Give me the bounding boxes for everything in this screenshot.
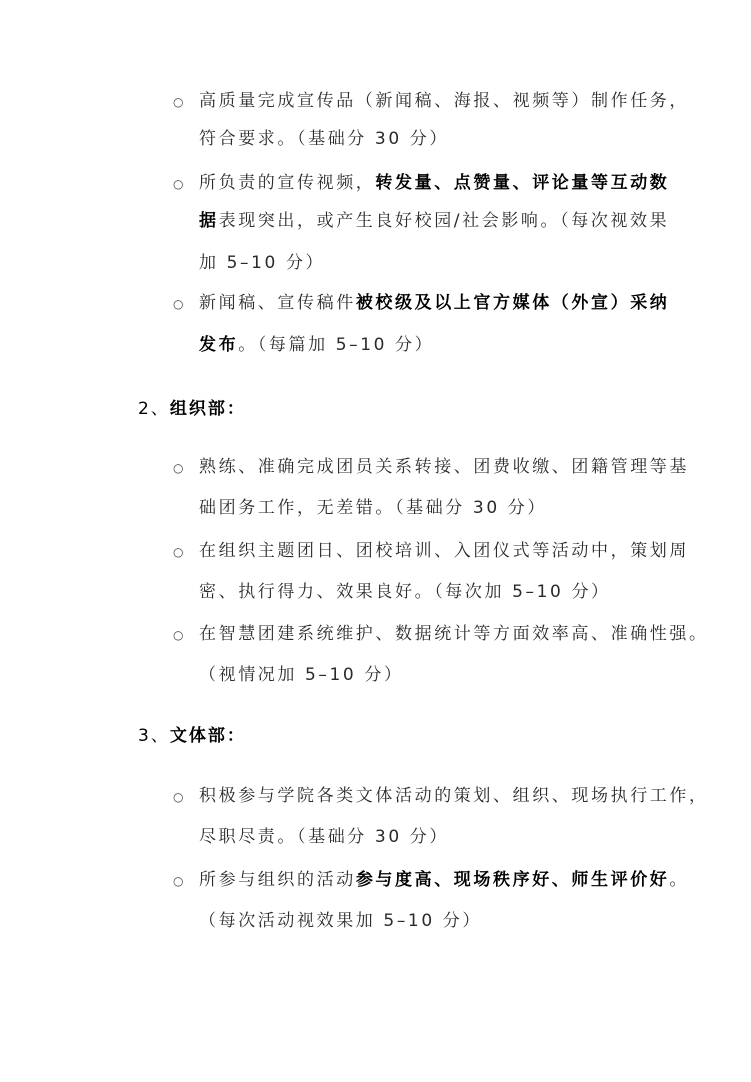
body-text: 新闻稿、宣传稿件 <box>199 293 356 313</box>
bullet-circle-icon: ○ <box>173 91 183 113</box>
body-text: 所负责的宣传视频， <box>199 173 375 193</box>
section-heading: 2、组织部： <box>138 398 246 420</box>
body-text: 尽职尽责。（基础分 30 分） <box>199 827 449 847</box>
emphasis-text: 据 <box>199 211 219 231</box>
body-text: 符合要求。（基础分 30 分） <box>199 129 449 149</box>
section-title: 组织部： <box>170 399 246 419</box>
section-title: 文体部： <box>170 726 246 746</box>
document-page: ○高质量完成宣传品（新闻稿、海报、视频等）制作任务，符合要求。（基础分 30 分… <box>0 0 751 1082</box>
bullet-circle-icon: ○ <box>173 457 183 479</box>
body-text: 在组织主题团日、团校培训、入团仪式等活动中，策划周 <box>199 541 689 561</box>
list-item-line: 所参与组织的活动参与度高、现场秩序好、师生评价好。 <box>199 869 689 891</box>
list-item-line: 符合要求。（基础分 30 分） <box>199 128 449 150</box>
body-text: 加 5–10 分） <box>199 253 325 273</box>
section-number: 3、 <box>138 726 170 746</box>
body-text: 表现突出，或产生良好校园/社会影响。（每次视效果 <box>219 211 670 231</box>
list-item-line: 发布。（每篇加 5–10 分） <box>199 334 434 356</box>
emphasis-text: 参与度高、现场秩序好、师生评价好 <box>356 870 670 890</box>
list-item-line: （视情况加 5–10 分） <box>199 664 404 686</box>
body-text: （每次活动视效果加 5–10 分） <box>199 911 482 931</box>
body-text: 。 <box>669 870 689 890</box>
body-text: 积极参与学院各类文体活动的策划、组织、现场执行工作， <box>199 786 709 806</box>
list-item-line: 尽职尽责。（基础分 30 分） <box>199 826 449 848</box>
list-item-line: 新闻稿、宣传稿件被校级及以上官方媒体（外宣）采纳 <box>199 292 669 314</box>
list-item-line: 积极参与学院各类文体活动的策划、组织、现场执行工作， <box>199 785 709 807</box>
body-text: 在智慧团建系统维护、数据统计等方面效率高、准确性强。 <box>199 624 709 644</box>
bullet-circle-icon: ○ <box>173 293 183 315</box>
bullet-circle-icon: ○ <box>173 786 183 808</box>
body-text: 熟练、准确完成团员关系转接、团费收缴、团籍管理等基 <box>199 457 689 477</box>
list-item-line: 据表现突出，或产生良好校园/社会影响。（每次视效果 <box>199 210 669 232</box>
list-item-line: 在组织主题团日、团校培训、入团仪式等活动中，策划周 <box>199 540 689 562</box>
list-item-line: 密、执行得力、效果良好。（每次加 5–10 分） <box>199 581 611 603</box>
list-item-line: 在智慧团建系统维护、数据统计等方面效率高、准确性强。 <box>199 623 709 645</box>
emphasis-text: 转发量、点赞量、评论量等互动数 <box>375 173 669 193</box>
emphasis-text: 被校级及以上官方媒体（外宣）采纳 <box>356 293 670 313</box>
body-text: （视情况加 5–10 分） <box>199 665 404 685</box>
bullet-circle-icon: ○ <box>173 870 183 892</box>
body-text: 密、执行得力、效果良好。（每次加 5–10 分） <box>199 582 611 602</box>
list-item-line: 熟练、准确完成团员关系转接、团费收缴、团籍管理等基 <box>199 456 689 478</box>
bullet-circle-icon: ○ <box>173 624 183 646</box>
list-item-line: （每次活动视效果加 5–10 分） <box>199 910 482 932</box>
bullet-circle-icon: ○ <box>173 173 183 195</box>
body-text: 础团务工作，无差错。（基础分 30 分） <box>199 498 547 518</box>
body-text: 所参与组织的活动 <box>199 870 356 890</box>
list-item-line: 础团务工作，无差错。（基础分 30 分） <box>199 497 547 519</box>
list-item-line: 所负责的宣传视频，转发量、点赞量、评论量等互动数 <box>199 172 669 194</box>
emphasis-text: 发布 <box>199 335 238 355</box>
section-number: 2、 <box>138 399 170 419</box>
body-text: 高质量完成宣传品（新闻稿、海报、视频等）制作任务， <box>199 91 689 111</box>
body-text: 。（每篇加 5–10 分） <box>238 335 434 355</box>
bullet-circle-icon: ○ <box>173 541 183 563</box>
list-item-line: 加 5–10 分） <box>199 252 325 274</box>
section-heading: 3、文体部： <box>138 725 246 747</box>
list-item-line: 高质量完成宣传品（新闻稿、海报、视频等）制作任务， <box>199 90 689 112</box>
